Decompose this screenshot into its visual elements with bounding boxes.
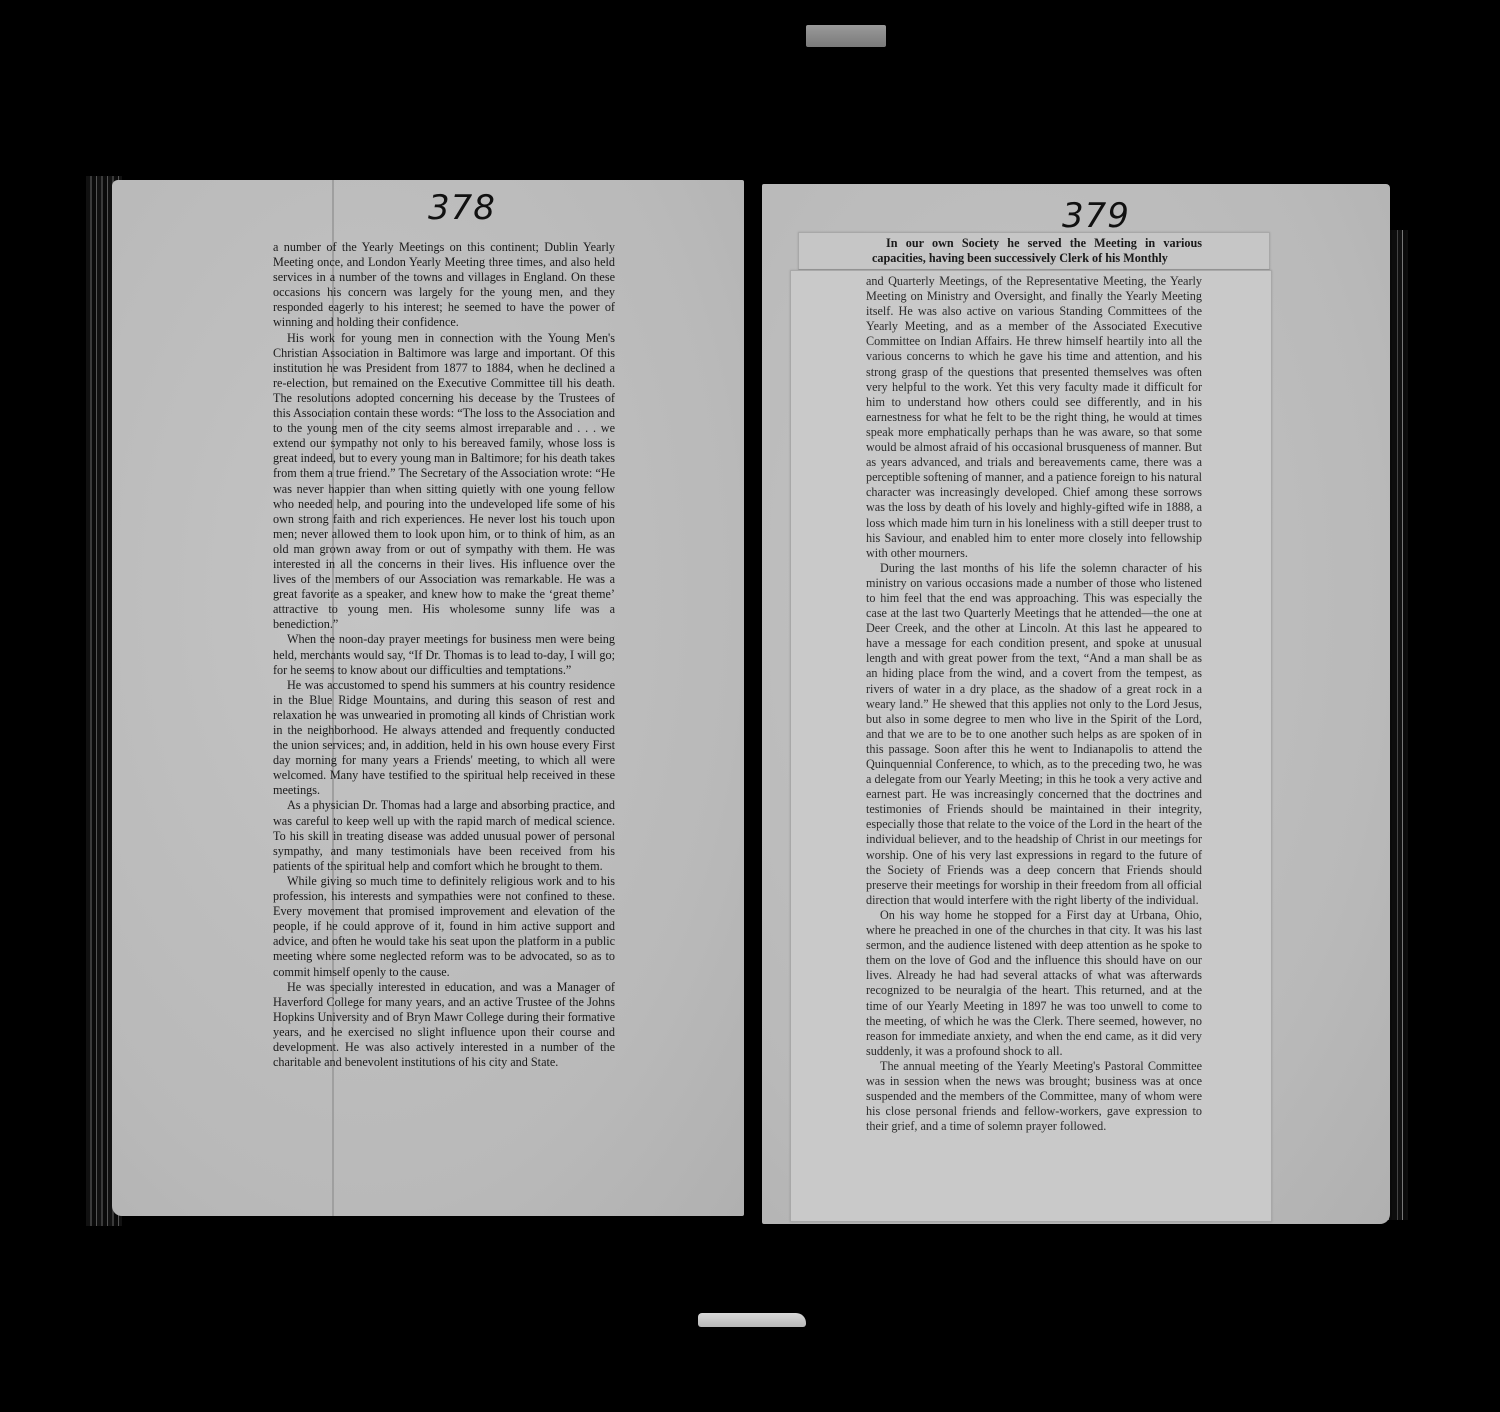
paragraph: a number of the Yearly Meetings on this … bbox=[273, 240, 615, 331]
left-page: 378 a number of the Yearly Meetings on t… bbox=[112, 180, 744, 1216]
top-page-tab bbox=[806, 25, 886, 47]
page-number-right: 379 bbox=[1062, 196, 1130, 236]
paragraph: The annual meeting of the Yearly Meeting… bbox=[866, 1059, 1202, 1134]
right-page: 379 In our own Society he served the Mee… bbox=[762, 184, 1390, 1224]
page-number-left: 378 bbox=[428, 188, 496, 228]
paragraph: While giving so much time to definitely … bbox=[273, 874, 615, 980]
paragraph: During the last months of his life the s… bbox=[866, 561, 1202, 908]
right-page-slip-text: In our own Society he served the Meeting… bbox=[872, 236, 1202, 266]
paragraph: and Quarterly Meetings, of the Represent… bbox=[866, 274, 1202, 561]
bottom-page-tab bbox=[698, 1313, 806, 1327]
paragraph: In our own Society he served the Meeting… bbox=[872, 236, 1202, 266]
right-page-text: and Quarterly Meetings, of the Represent… bbox=[866, 274, 1202, 1134]
paragraph: He was accustomed to spend his summers a… bbox=[273, 678, 615, 799]
paragraph: As a physician Dr. Thomas had a large an… bbox=[273, 798, 615, 873]
paragraph: He was specially interested in education… bbox=[273, 980, 615, 1071]
left-page-text: a number of the Yearly Meetings on this … bbox=[273, 240, 615, 1070]
paragraph: His work for young men in connection wit… bbox=[273, 331, 615, 633]
paragraph: When the noon-day prayer meetings for bu… bbox=[273, 632, 615, 677]
paragraph: On his way home he stopped for a First d… bbox=[866, 908, 1202, 1059]
